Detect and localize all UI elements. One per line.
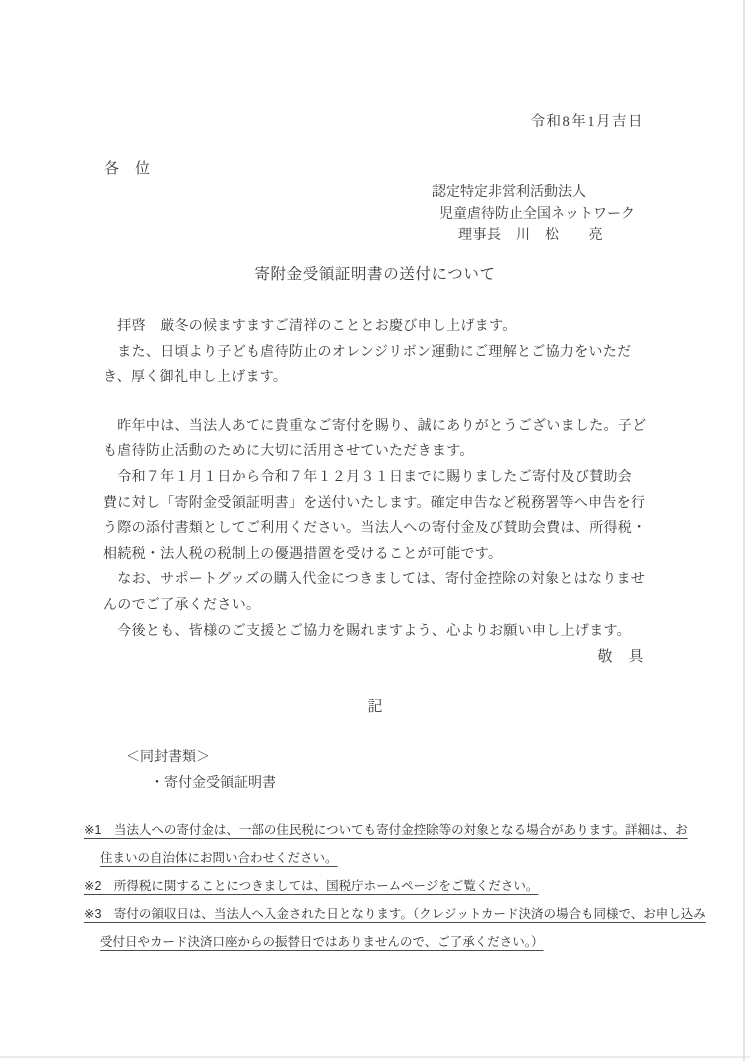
footnote-line: ※1 当法人への寄付金は、一部の住民税についても寄付金控除等の対象となる場合があ… bbox=[84, 816, 706, 844]
body-line: 令和７年１月１日から令和７年１２月３１日までに賜りましたご寄付及び賛助会 bbox=[103, 465, 669, 491]
enclosure-item: ・寄付金受領証明書 bbox=[150, 771, 276, 797]
footnote-3: ※3 寄付の領収日は、当法人へ入金された日となります。（クレジットカード決済の場… bbox=[84, 900, 706, 956]
body-line: 費に対し「寄附金受領証明書」を送付いたします。確定申告など税務署等へ申告を行 bbox=[103, 491, 669, 517]
record-heading: 記 bbox=[0, 695, 750, 716]
body-line: んのでご了承ください。 bbox=[103, 593, 669, 619]
body-line: も虐待防止活動のために大切に活用させていただきます。 bbox=[103, 439, 669, 465]
sender-organization-name: 児童虐待防止全国ネットワーク bbox=[439, 204, 635, 226]
letter-title: 寄附金受領証明書の送付について bbox=[0, 262, 750, 284]
sender-block: 認定特定非営利活動法人 児童虐待防止全国ネットワーク 理事長 川 松 亮 bbox=[432, 182, 635, 247]
body-line: 拝啓 厳冬の候ますますご清祥のこととお慶び申し上げます。 bbox=[103, 314, 669, 340]
enclosure-block: ＜同封書類＞ ・寄付金受領証明書 bbox=[126, 745, 276, 797]
letter-date: 令和8年1月吉日 bbox=[531, 110, 645, 131]
footnote-line: ※3 寄付の領収日は、当法人へ入金された日となります。（クレジットカード決済の場… bbox=[84, 900, 706, 928]
enclosure-heading: ＜同封書類＞ bbox=[126, 745, 276, 771]
letter-body: 拝啓 厳冬の候ますますご清祥のこととお慶び申し上げます。 また、日頃より子ども虐… bbox=[103, 314, 669, 644]
footnote-1: ※1 当法人への寄付金は、一部の住民税についても寄付金控除等の対象となる場合があ… bbox=[84, 816, 706, 872]
scan-edge-right bbox=[743, 0, 745, 1061]
sender-organization-type: 認定特定非営利活動法人 bbox=[432, 182, 635, 204]
footnote-line: ※2 所得税に関することにつきましては、国税庁ホームページをご覧ください。 bbox=[84, 872, 706, 900]
footnote-2: ※2 所得税に関することにつきましては、国税庁ホームページをご覧ください。 bbox=[84, 872, 706, 900]
sender-representative: 理事長 川 松 亮 bbox=[458, 225, 635, 247]
body-line: 昨年中は、当法人あてに貴重なご寄付を賜り、誠にありがとうございました。子ど bbox=[103, 414, 669, 440]
scanned-letter-page: 令和8年1月吉日 各 位 認定特定非営利活動法人 児童虐待防止全国ネットワーク … bbox=[0, 0, 750, 1061]
footnote-line: 受付日やカード決済口座からの振替日ではありませんので、ご了承ください。） bbox=[100, 928, 706, 956]
footnote-line: 住まいの自治体にお問い合わせください。 bbox=[100, 844, 706, 872]
body-line: 今後とも、皆様のご支援とご協力を賜れますよう、心よりお願い申し上げます。 bbox=[103, 619, 669, 645]
body-line: なお、サポートグッズの購入代金につきましては、寄付金控除の対象とはなりませ bbox=[103, 567, 669, 593]
body-line: 相続税・法人税の税制上の優遇措置を受けることが可能です。 bbox=[103, 542, 669, 568]
closing-salutation: 敬 具 bbox=[597, 645, 644, 666]
body-line: また、日頃より子ども虐待防止のオレンジリボン運動にご理解とご協力をいただ bbox=[103, 340, 669, 366]
body-line: う際の添付書類としてご利用ください。当法人への寄付金及び賛助会費は、所得税・ bbox=[103, 516, 669, 542]
scan-edge-bottom bbox=[0, 1056, 750, 1058]
body-line: き、厚く御礼申し上げます。 bbox=[103, 365, 669, 391]
footnotes-block: ※1 当法人への寄付金は、一部の住民税についても寄付金控除等の対象となる場合があ… bbox=[84, 816, 706, 956]
recipient-salutation: 各 位 bbox=[104, 157, 151, 178]
